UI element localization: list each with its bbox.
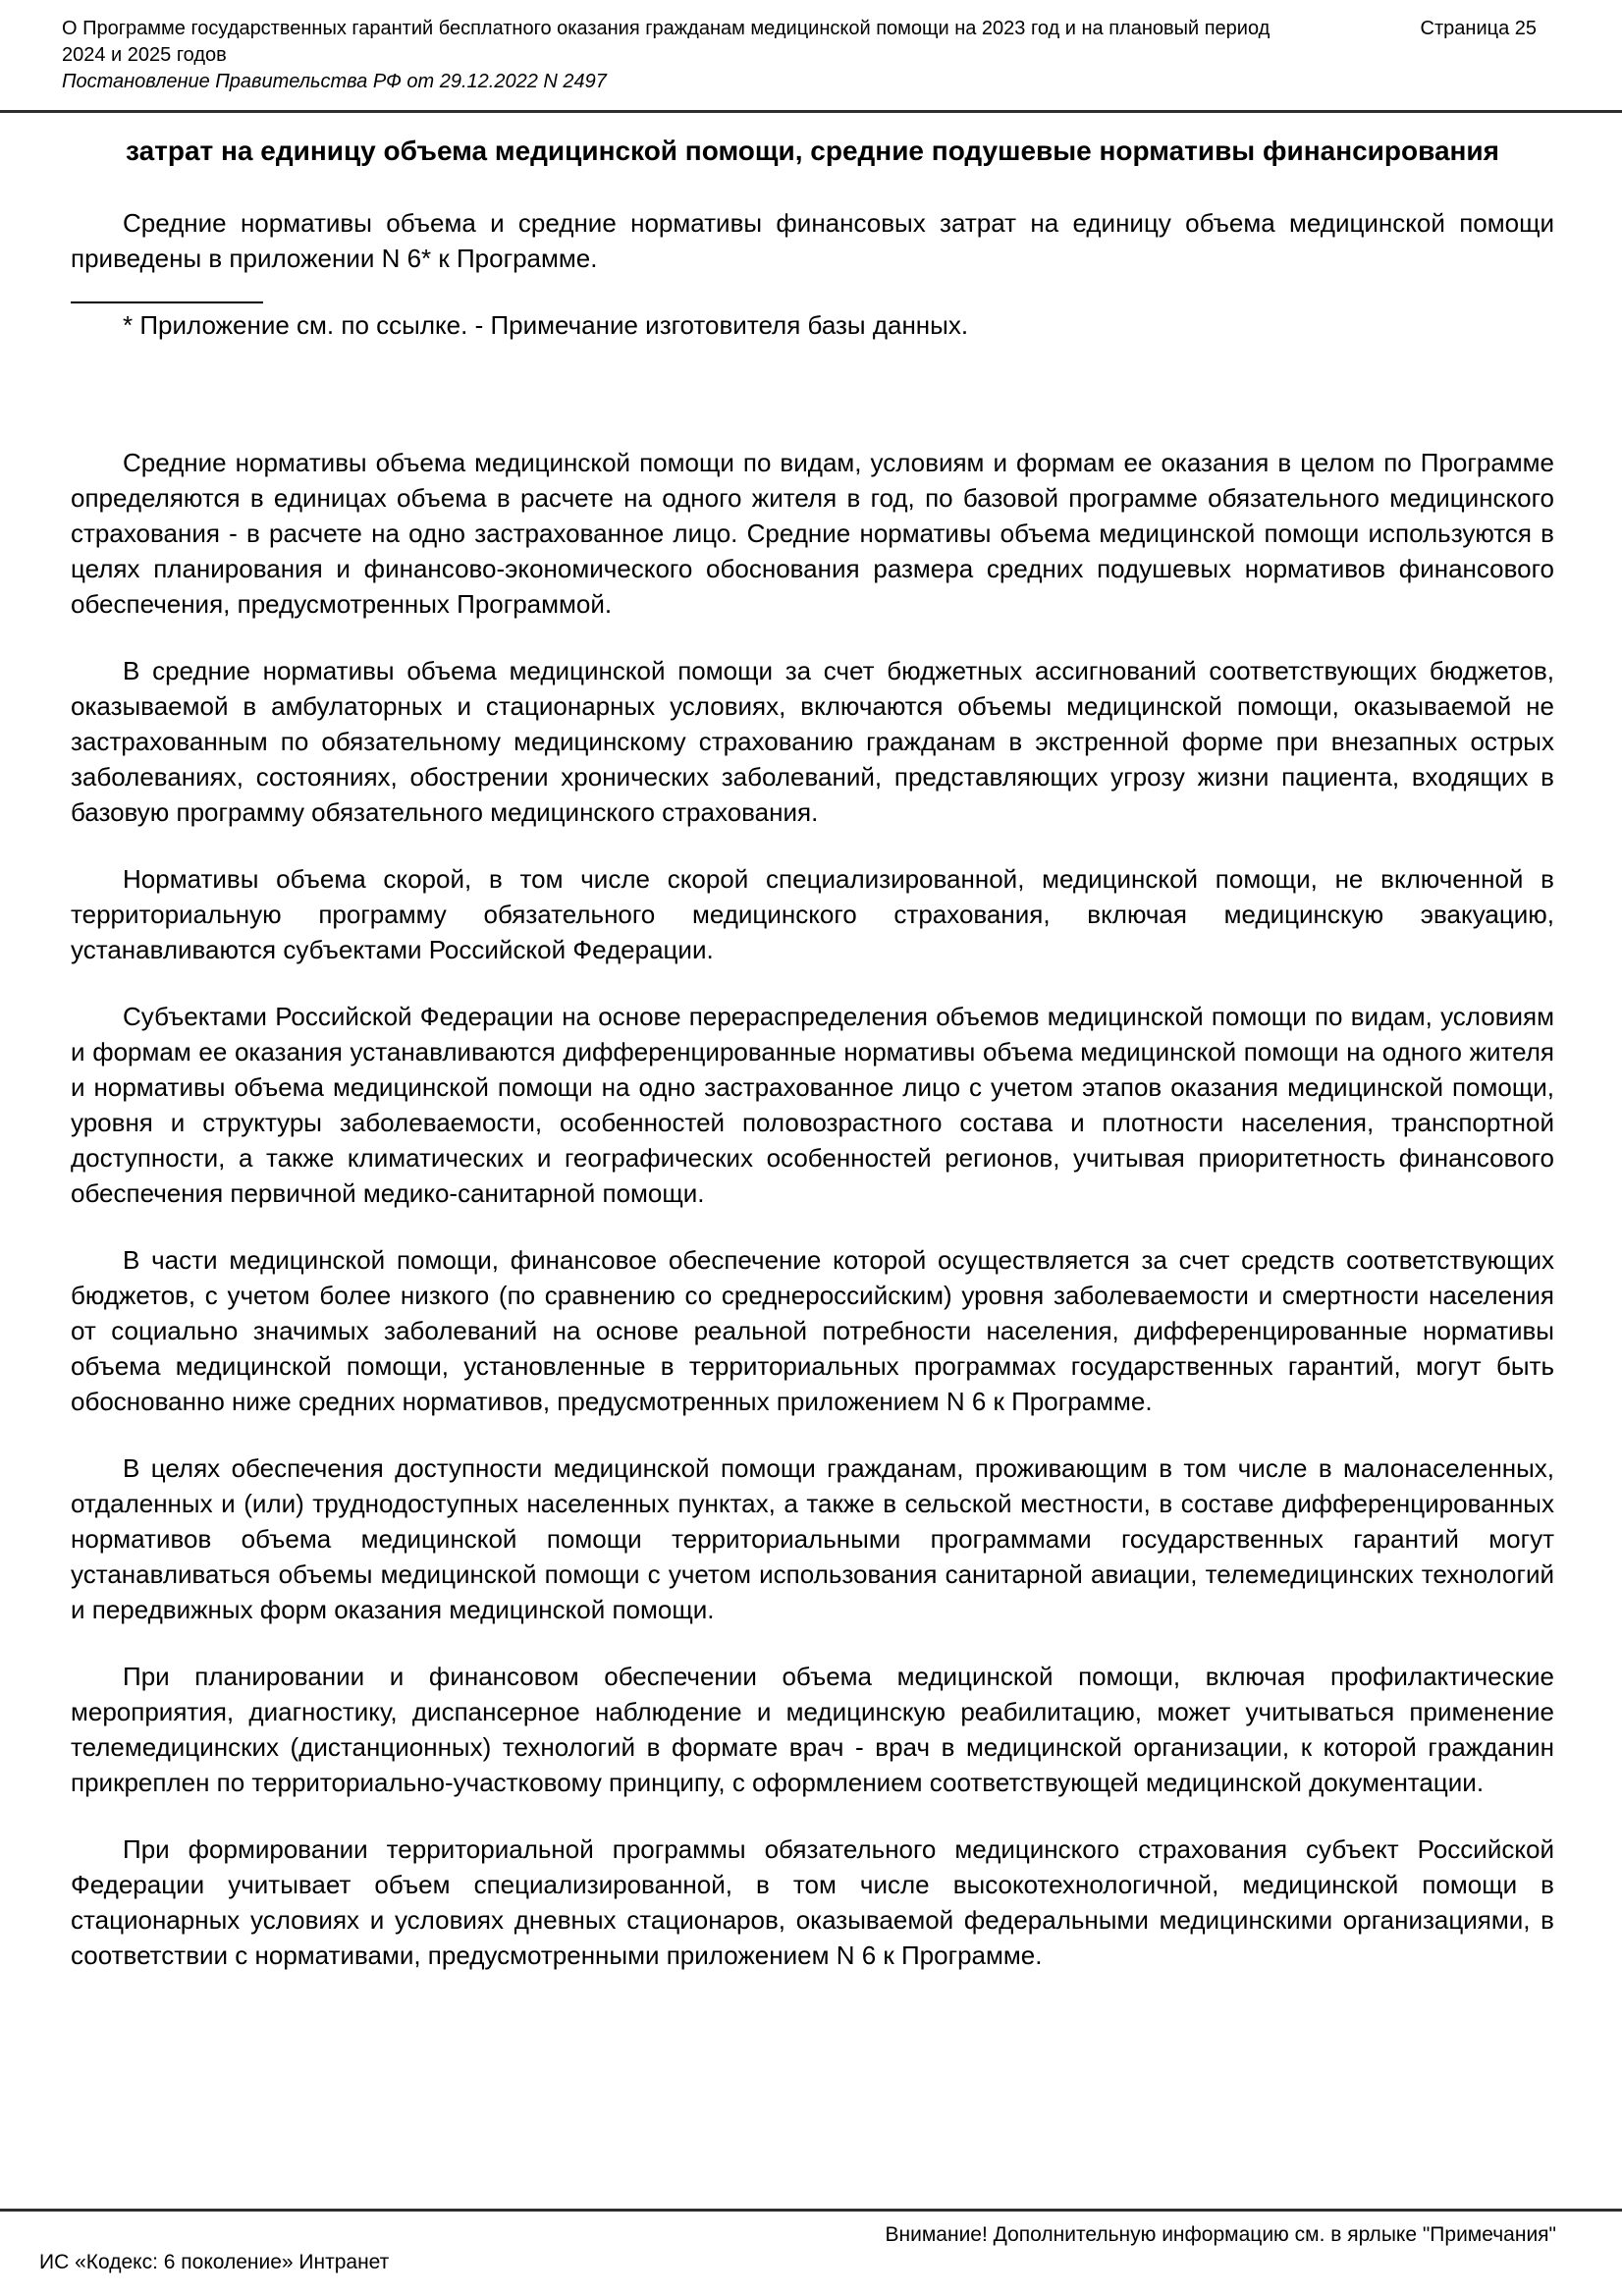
doc-title: О Программе государственных гарантий бес… [62,16,1319,69]
page-number: Страница 25 [1421,16,1537,42]
footer-rule [0,2209,1622,2212]
decree-line: Постановление Правительства РФ от 29.12.… [62,69,1560,95]
paragraph-intro: Средние нормативы объема и средние норма… [71,205,1554,276]
document-page: О Программе государственных гарантий бес… [0,0,1622,2296]
footnote-rule [71,301,263,303]
paragraph: Нормативы объема скорой, в том числе ско… [71,861,1554,967]
paragraph: При планировании и финансовом обеспечени… [71,1659,1554,1800]
paragraph: Средние нормативы объема медицинской пом… [71,445,1554,622]
paragraph: В части медицинской помощи, финансовое о… [71,1242,1554,1419]
footer-source: ИС «Кодекс: 6 поколение» Интранет [39,2249,389,2275]
paragraph: При формировании территориальной програм… [71,1831,1554,1973]
section-title: затрат на единицу объема медицинской пом… [71,129,1554,173]
header-rule [0,110,1622,113]
paragraph: Субъектами Российской Федерации на основ… [71,999,1554,1211]
document-content: затрат на единицу объема медицинской пом… [71,115,1554,1973]
paragraph: В средние нормативы объема медицинской п… [71,653,1554,830]
footer-notice: Внимание! Дополнительную информацию см. … [886,2221,1556,2248]
paragraph: В целях обеспечения доступности медицинс… [71,1450,1554,1627]
doc-header: О Программе государственных гарантий бес… [62,16,1560,95]
footnote: * Приложение см. по ссылке. - Примечание… [71,307,1554,343]
